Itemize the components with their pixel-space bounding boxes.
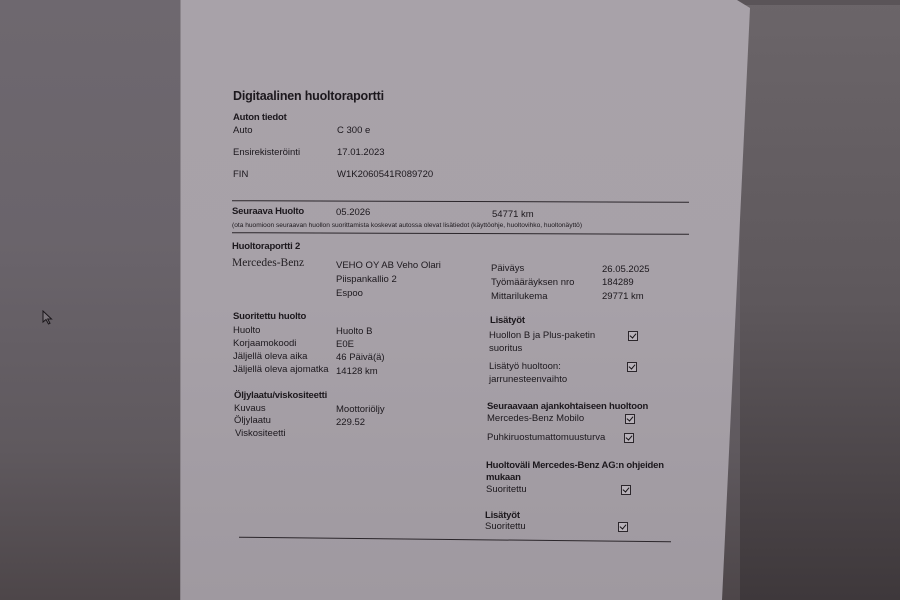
interval-heading-line1: Huoltoväli Mercedes-Benz AG:n ohjeiden: [486, 460, 664, 471]
remaining-time-label: Jäljellä oleva aika: [233, 351, 307, 362]
work-order-label: Työmääräyksen nro: [491, 277, 574, 288]
oil-description-value: Moottoriöljy: [336, 404, 385, 415]
odometer-value: 29771 km: [602, 291, 644, 302]
mobilo-label: Mercedes-Benz Mobilo: [487, 413, 584, 424]
performed-service-heading: Suoritettu huolto: [233, 311, 306, 322]
oil-grade-value: 229.52: [336, 417, 365, 428]
divider: [232, 200, 689, 203]
remaining-distance-label: Jäljellä oleva ajomatka: [233, 364, 329, 375]
viscosity-label: Viskositeetti: [235, 428, 286, 439]
dealer-city: Espoo: [336, 288, 363, 299]
checkbox-mobilo[interactable]: [625, 414, 635, 424]
date-label: Päiväys: [491, 263, 524, 274]
additional-work-1-line1: Huollon B ja Plus-paketin: [489, 330, 595, 341]
report-heading: Huoltoraportti 2: [232, 241, 300, 252]
next-service-label: Seuraava Huolto: [232, 206, 304, 217]
fin-label: FIN: [233, 169, 248, 180]
car-value: C 300 e: [337, 125, 370, 136]
remaining-distance-value: 14128 km: [336, 366, 378, 377]
checkbox-rust-warranty[interactable]: [624, 433, 634, 443]
workshop-code-label: Korjaamokoodi: [233, 338, 296, 349]
next-periodic-heading: Seuraavaan ajankohtaiseen huoltoon: [487, 401, 648, 412]
brand-logo-text: Mercedes-Benz: [232, 257, 304, 269]
interval-done-label: Suoritettu: [486, 484, 527, 495]
checkbox-brake-fluid[interactable]: [627, 362, 637, 372]
car-label: Auto: [233, 125, 253, 136]
date-value: 26.05.2025: [602, 264, 650, 275]
extra-work-heading: Lisätyöt: [485, 510, 520, 521]
dealer-name: VEHO OY AB Veho Olari: [336, 260, 441, 271]
first-registration-value: 17.01.2023: [337, 147, 385, 158]
dealer-street: Piispankallio 2: [336, 274, 397, 285]
remaining-time-value: 46 Päivä(ä): [336, 352, 385, 363]
oil-grade-label: Öljylaatu: [234, 415, 271, 426]
bottom-divider: [239, 537, 671, 543]
additional-work-1-line2: suoritus: [489, 343, 522, 354]
next-service-km: 54771 km: [492, 209, 534, 220]
extra-work-done-label: Suoritettu: [485, 521, 526, 532]
next-service-date: 05.2026: [336, 207, 370, 218]
oil-description-label: Kuvaus: [234, 403, 266, 414]
document-title: Digitaalinen huoltoraportti: [233, 89, 384, 103]
service-label: Huolto: [233, 325, 260, 336]
oil-heading: Öljylaatu/viskositeetti: [234, 390, 327, 401]
rust-warranty-label: Puhkiruostumattomuusturva: [487, 432, 605, 443]
first-registration-label: Ensirekisteröinti: [233, 147, 300, 158]
interval-heading-line2: mukaan: [486, 472, 521, 483]
divider: [232, 232, 689, 235]
next-service-note: (ota huomioon seuraavan huollon suoritta…: [232, 222, 582, 229]
checkbox-extra-work-done[interactable]: [618, 522, 628, 532]
additional-work-2-line1: Lisätyö huoltoon:: [489, 361, 561, 372]
service-report: Digitaalinen huoltoraportti Auton tiedot…: [0, 0, 900, 600]
fin-value: W1K2060541R089720: [337, 169, 433, 180]
additional-work-2-line2: jarrunesteenvaihto: [489, 374, 567, 385]
workshop-code-value: E0E: [336, 339, 354, 350]
odometer-label: Mittarilukema: [491, 291, 548, 302]
checkbox-interval-done[interactable]: [621, 485, 631, 495]
additional-work-heading: Lisätyöt: [490, 315, 525, 326]
service-value: Huolto B: [336, 326, 372, 337]
work-order-value: 184289: [602, 277, 634, 288]
checkbox-plus-package[interactable]: [628, 331, 638, 341]
car-info-heading: Auton tiedot: [233, 112, 287, 123]
